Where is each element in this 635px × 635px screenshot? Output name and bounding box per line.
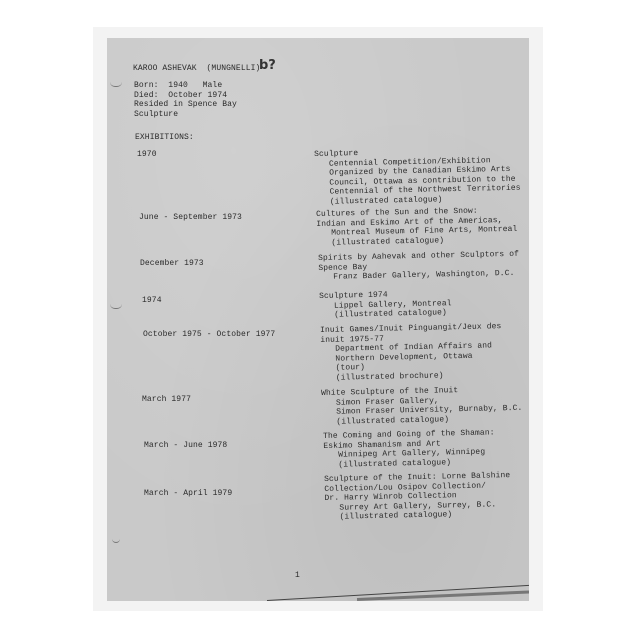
page-edge-shadow bbox=[357, 589, 529, 601]
exhibition-date: 1970 bbox=[137, 150, 157, 160]
bio-line: Sculpture bbox=[134, 110, 178, 120]
exhibition-description: Cultures of the Sun and the Snow: Indian… bbox=[316, 206, 518, 248]
scan-mark bbox=[110, 82, 122, 87]
exhibition-date: March 1977 bbox=[142, 395, 191, 405]
exhibition-description: Inuit Games/Inuit Pinguangit/Jeux des in… bbox=[320, 322, 502, 383]
exhibition-description: White Sculpture of the Inuit Simon Frase… bbox=[321, 385, 523, 427]
exhibition-date: December 1973 bbox=[140, 259, 204, 269]
scan-mark bbox=[112, 538, 120, 543]
artist-name: KAROO ASHEVAK (MUNGNELLI) bbox=[133, 64, 260, 74]
exhibition-description: Sculpture Centennial Competition/Exhibit… bbox=[314, 146, 521, 207]
exhibition-date: March - June 1978 bbox=[144, 441, 227, 451]
handwritten-note: b? bbox=[259, 58, 276, 73]
exhibition-description: Sculpture 1974 Lippel Gallery, Montreal … bbox=[319, 289, 452, 320]
document-page: KAROO ASHEVAK (MUNGNELLI) b? Born: 1940 … bbox=[107, 38, 529, 601]
exhibition-date: October 1975 - October 1977 bbox=[143, 330, 275, 340]
scan-mark bbox=[110, 304, 122, 309]
bio-line: Resided in Spence Bay bbox=[134, 100, 237, 110]
section-title: EXHIBITIONS: bbox=[135, 133, 194, 143]
exhibition-date: 1974 bbox=[142, 296, 162, 306]
exhibition-description: Sculpture of the Inuit: Lorne Balshine C… bbox=[324, 471, 511, 522]
exhibition-description: Spirits by Aahevak and other Sculptors o… bbox=[318, 250, 519, 283]
exhibition-description: The Coming and Going of the Shaman: Eski… bbox=[323, 428, 495, 470]
bio-line: Died: October 1974 bbox=[134, 91, 227, 101]
page-number: 1 bbox=[295, 571, 300, 581]
bio-line: Born: 1940 Male bbox=[134, 81, 222, 91]
exhibition-date: March - April 1979 bbox=[144, 489, 232, 499]
exhibition-date: June - September 1973 bbox=[139, 213, 242, 223]
